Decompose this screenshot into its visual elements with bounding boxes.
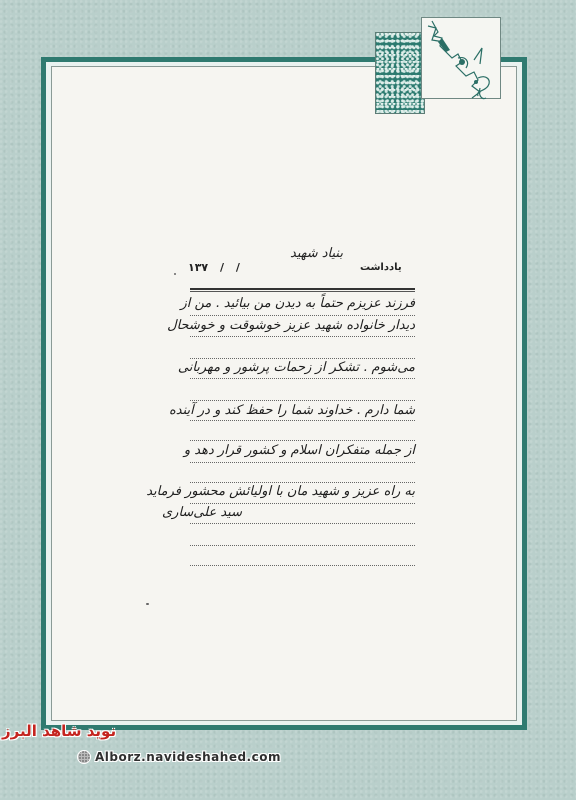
ruled-line [190,336,415,337]
ruled-line [190,358,415,359]
note-label: یادداشت [360,262,402,273]
ruled-line [190,315,415,316]
letter-line: می‌شوم . تشکر از زحمات پرشور و مهربانی [178,360,415,375]
paper-speck [146,603,149,605]
letter-line: سید علی‌ساری [162,505,242,520]
ruled-line [190,440,415,441]
letter-line: از جمله متفکران اسلام و کشور قرار دهد و [184,443,415,458]
flower-icon [422,18,502,100]
brand-logo-script: بنیاد شهید [290,246,343,261]
paper-speck [174,273,176,275]
ruled-line [190,503,415,504]
ruled-line [190,523,415,524]
note-paper [51,66,517,721]
date-field: ۱۳۷ / / [188,261,240,274]
letter-line: دیدار خانواده شهید عزیز خوشوقت و خوشحال [167,318,415,333]
letter-line: به راه عزیز و شهید مان با اولیائش محشور … [146,484,415,499]
header-divider [190,288,415,292]
ruled-line [190,462,415,463]
watermark-logo: نوید شاهد البرز [2,722,116,740]
ornament-speckle-block [375,32,425,114]
globe-icon [77,750,91,764]
ruled-line [190,565,415,566]
ruled-line [190,545,415,546]
watermark-url: Alborz.navideshahed.com [95,750,281,764]
letter-line: شما دارم . خداوند شما را حفظ کند و در آی… [169,403,415,418]
ruled-line [190,420,415,421]
letter-line: فرزند عزیزم حتماً به دیدن من بیائید . من… [181,296,415,311]
ornament-flower-panel [421,17,501,99]
ruled-line [190,400,415,401]
ruled-line [190,378,415,379]
ruled-line [190,482,415,483]
